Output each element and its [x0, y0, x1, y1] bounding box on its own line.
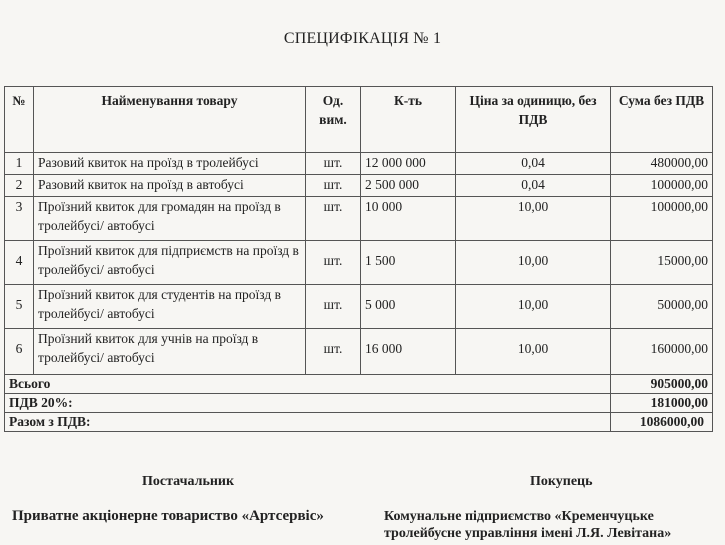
row-price: 0,04	[456, 175, 611, 197]
document-title: СПЕЦИФІКАЦІЯ № 1	[0, 30, 725, 48]
table-row: 4 Проїзний квиток для підприємств на про…	[5, 241, 713, 285]
supplier-name: Приватне акціонерне товариство «Артсерві…	[12, 508, 324, 525]
row-sum: 15000,00	[611, 241, 713, 285]
row-quantity: 5 000	[361, 285, 456, 329]
row-name: Проїзний квиток для студентів на проїзд …	[34, 285, 306, 329]
row-price: 0,04	[456, 153, 611, 175]
vat-label: ПДВ 20%:	[5, 394, 611, 413]
header-unit-price: Ціна за одиницю, без ПДВ	[456, 87, 611, 153]
header-unit: Од. вим.	[306, 87, 361, 153]
specification-table: № Найменування товару Од. вим. К-ть Ціна…	[4, 86, 713, 432]
row-unit: шт.	[306, 153, 361, 175]
header-name: Найменування товару	[34, 87, 306, 153]
row-unit: шт.	[306, 241, 361, 285]
row-unit: шт.	[306, 285, 361, 329]
row-name: Разовий квиток на проїзд в автобусі	[34, 175, 306, 197]
row-price: 10,00	[456, 329, 611, 375]
row-unit: шт.	[306, 175, 361, 197]
header-quantity: К-ть	[361, 87, 456, 153]
table-row: 5 Проїзний квиток для студентів на проїз…	[5, 285, 713, 329]
table-row: 3 Проїзний квиток для громадян на проїзд…	[5, 197, 713, 241]
row-number: 4	[5, 241, 34, 285]
total-label: Всього	[5, 375, 611, 394]
total-row: Всього 905000,00	[5, 375, 713, 394]
row-sum: 50000,00	[611, 285, 713, 329]
row-price: 10,00	[456, 197, 611, 241]
row-number: 5	[5, 285, 34, 329]
row-quantity: 16 000	[361, 329, 456, 375]
row-unit: шт.	[306, 197, 361, 241]
row-quantity: 10 000	[361, 197, 456, 241]
buyer-name: Комунальне підприємство «Кременчуцьке тр…	[384, 508, 714, 542]
total-value: 905000,00	[611, 375, 713, 394]
grand-total-label: Разом з ПДВ:	[5, 413, 611, 432]
table-row: 1 Разовий квиток на проїзд в тролейбусі …	[5, 153, 713, 175]
row-quantity: 1 500	[361, 241, 456, 285]
table-row: 6 Проїзний квиток для учнів на проїзд в …	[5, 329, 713, 375]
buyer-heading: Покупець	[530, 474, 593, 490]
row-sum: 160000,00	[611, 329, 713, 375]
supplier-heading: Постачальник	[142, 474, 234, 490]
row-number: 6	[5, 329, 34, 375]
row-price: 10,00	[456, 285, 611, 329]
header-sum: Сума без ПДВ	[611, 87, 713, 153]
row-unit: шт.	[306, 329, 361, 375]
row-name: Проїзний квиток для громадян на проїзд в…	[34, 197, 306, 241]
row-sum: 100000,00	[611, 175, 713, 197]
row-name: Разовий квиток на проїзд в тролейбусі	[34, 153, 306, 175]
row-name: Проїзний квиток для підприємств на проїз…	[34, 241, 306, 285]
grand-total-value: 1086000,00	[611, 413, 713, 432]
grand-total-row: Разом з ПДВ: 1086000,00	[5, 413, 713, 432]
table-row: 2 Разовий квиток на проїзд в автобусі шт…	[5, 175, 713, 197]
row-sum: 100000,00	[611, 197, 713, 241]
vat-value: 181000,00	[611, 394, 713, 413]
row-number: 3	[5, 197, 34, 241]
row-number: 1	[5, 153, 34, 175]
row-price: 10,00	[456, 241, 611, 285]
row-sum: 480000,00	[611, 153, 713, 175]
row-quantity: 12 000 000	[361, 153, 456, 175]
vat-row: ПДВ 20%: 181000,00	[5, 394, 713, 413]
header-number: №	[5, 87, 34, 153]
row-quantity: 2 500 000	[361, 175, 456, 197]
row-number: 2	[5, 175, 34, 197]
row-name: Проїзний квиток для учнів на проїзд в тр…	[34, 329, 306, 375]
table-header-row: № Найменування товару Од. вим. К-ть Ціна…	[5, 87, 713, 153]
